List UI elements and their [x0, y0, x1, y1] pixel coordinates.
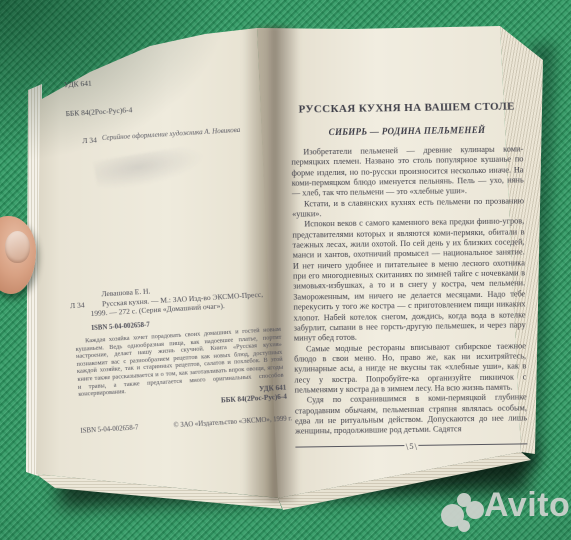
- footer-rule-left: [295, 445, 404, 448]
- udc-code: УДК 641: [64, 76, 131, 89]
- left-page-content: УДК 641 ББК 84(2Рос-Рус)6-4 Л 34 Серийно…: [39, 29, 297, 482]
- footer-ornament-right: \: [414, 442, 417, 452]
- paragraph: Судя по сохранившимся в коми-пермяцкой г…: [295, 393, 528, 438]
- right-page-content: РУССКАЯ КУХНЯ НА ВАШЕМ СТОЛЕ СИБИРЬ — РО…: [291, 96, 528, 452]
- body-text: Изобретатели пельменей — древние кулинар…: [291, 144, 527, 437]
- catalog-index: Л 34: [70, 300, 85, 310]
- thumbnail: [5, 231, 30, 263]
- bibliographic-entry: Левашова Е. Н. Л 34 Русская кухня. — М.:…: [69, 279, 283, 335]
- classification-codes-bottom: УДК 641 ББК 84(2Рос-Рус)6-4: [220, 384, 287, 406]
- bbk-code: ББК 84(2Рос-Рус)6-4: [65, 105, 132, 118]
- imprint-bottom-row: ISBN 5-04-002658-7 © ЗАО «Издательство «…: [80, 415, 292, 435]
- paragraph: Самые модные рестораны вписывают сибирск…: [294, 341, 527, 396]
- listing-photo: УДК 641 ББК 84(2Рос-Рус)6-4 Л 34 Серийно…: [0, 0, 571, 540]
- copyright-notice: © ЗАО «Издательство «ЭКСМО», 1999 г.: [173, 415, 292, 429]
- paragraph: Изобретатели пельменей — древние кулинар…: [291, 144, 524, 199]
- section-title: СИБИРЬ — РОДИНА ПЕЛЬМЕНЕЙ: [291, 124, 523, 137]
- page-number-block: \ 5 \: [405, 441, 418, 451]
- avito-watermark: Avito: [438, 489, 570, 537]
- footer-ornament-left: \: [406, 442, 409, 452]
- classification-codes-top: УДК 641 ББК 84(2Рос-Рус)6-4 Л 34: [63, 57, 136, 165]
- avito-logo-icon: [466, 501, 484, 519]
- footer-rule-right: [418, 443, 527, 446]
- isbn-number-bottom: ISBN 5-04-002658-7: [80, 424, 138, 434]
- paragraph: Испокон веков с самого каменного века пр…: [292, 217, 526, 344]
- avito-brand-text: Avito: [484, 486, 570, 525]
- chapter-title: РУССКАЯ КУХНЯ НА ВАШЕМ СТОЛЕ: [291, 100, 523, 115]
- avito-logo-icon: [458, 520, 470, 532]
